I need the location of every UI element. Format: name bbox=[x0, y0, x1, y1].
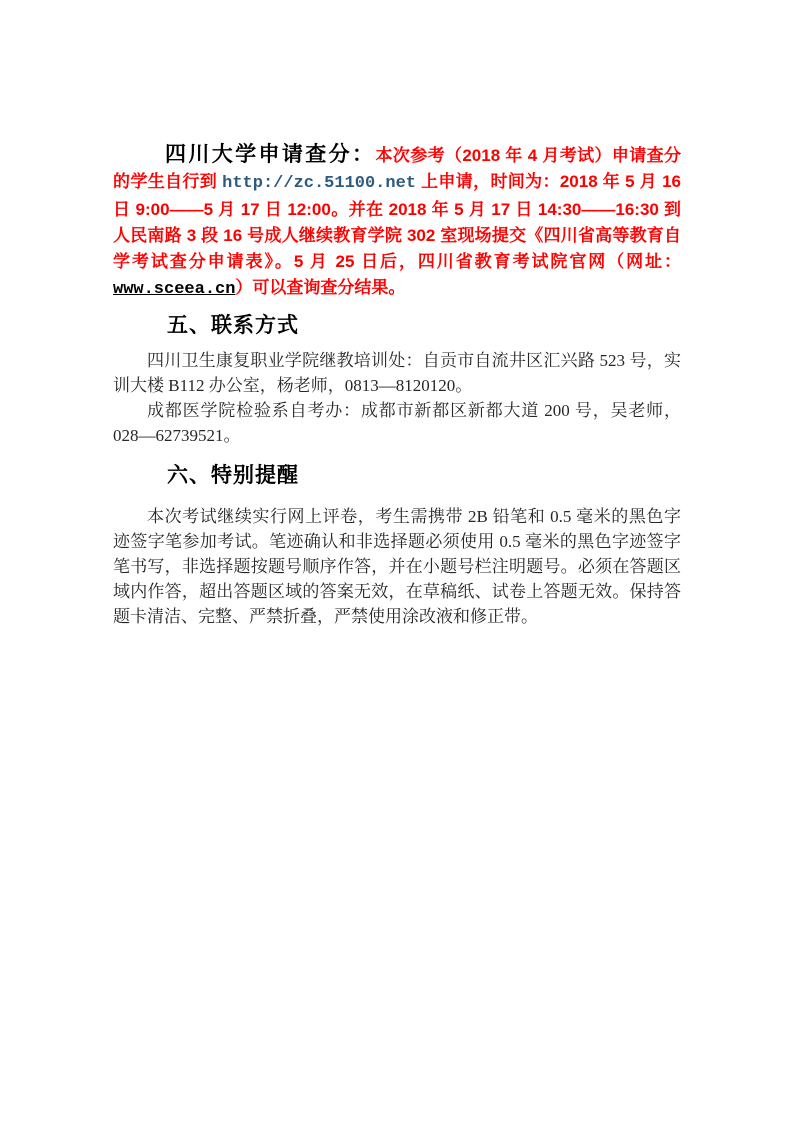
contact-paragraph-chengdu-medical: 成都医学院检验系自考办：成都市新都区新都大道 200 号，吴老师，028—627… bbox=[113, 398, 681, 448]
document-content: 四川大学申请查分：本次参考（2018 年 4 月考试）申请查分的学生自行到 ht… bbox=[113, 142, 681, 629]
document-page: 四川大学申请查分：本次参考（2018 年 4 月考试）申请查分的学生自行到 ht… bbox=[0, 0, 793, 1122]
sceea-website-link[interactable]: www.sceea.cn bbox=[113, 280, 235, 299]
reminder-paragraph: 本次考试继续实行网上评卷，考生需携带 2B 铅笔和 0.5 毫米的黑色字迹签字笔… bbox=[113, 504, 681, 629]
score-inquiry-lead: 四川大学申请查分： bbox=[165, 143, 375, 166]
section-heading-reminder: 六、特别提醒 bbox=[167, 462, 681, 490]
score-inquiry-text-3: ）可以查询查分结果。 bbox=[235, 278, 405, 297]
apply-url-link[interactable]: http://zc.51100.net bbox=[222, 174, 416, 193]
contact-paragraph-sichuan-health: 四川卫生康复职业学院继教培训处：自贡市自流井区汇兴路 523 号，实训大楼 B1… bbox=[113, 348, 681, 398]
score-inquiry-paragraph: 四川大学申请查分：本次参考（2018 年 4 月考试）申请查分的学生自行到 ht… bbox=[113, 142, 681, 303]
section-heading-contact: 五、联系方式 bbox=[167, 312, 681, 340]
